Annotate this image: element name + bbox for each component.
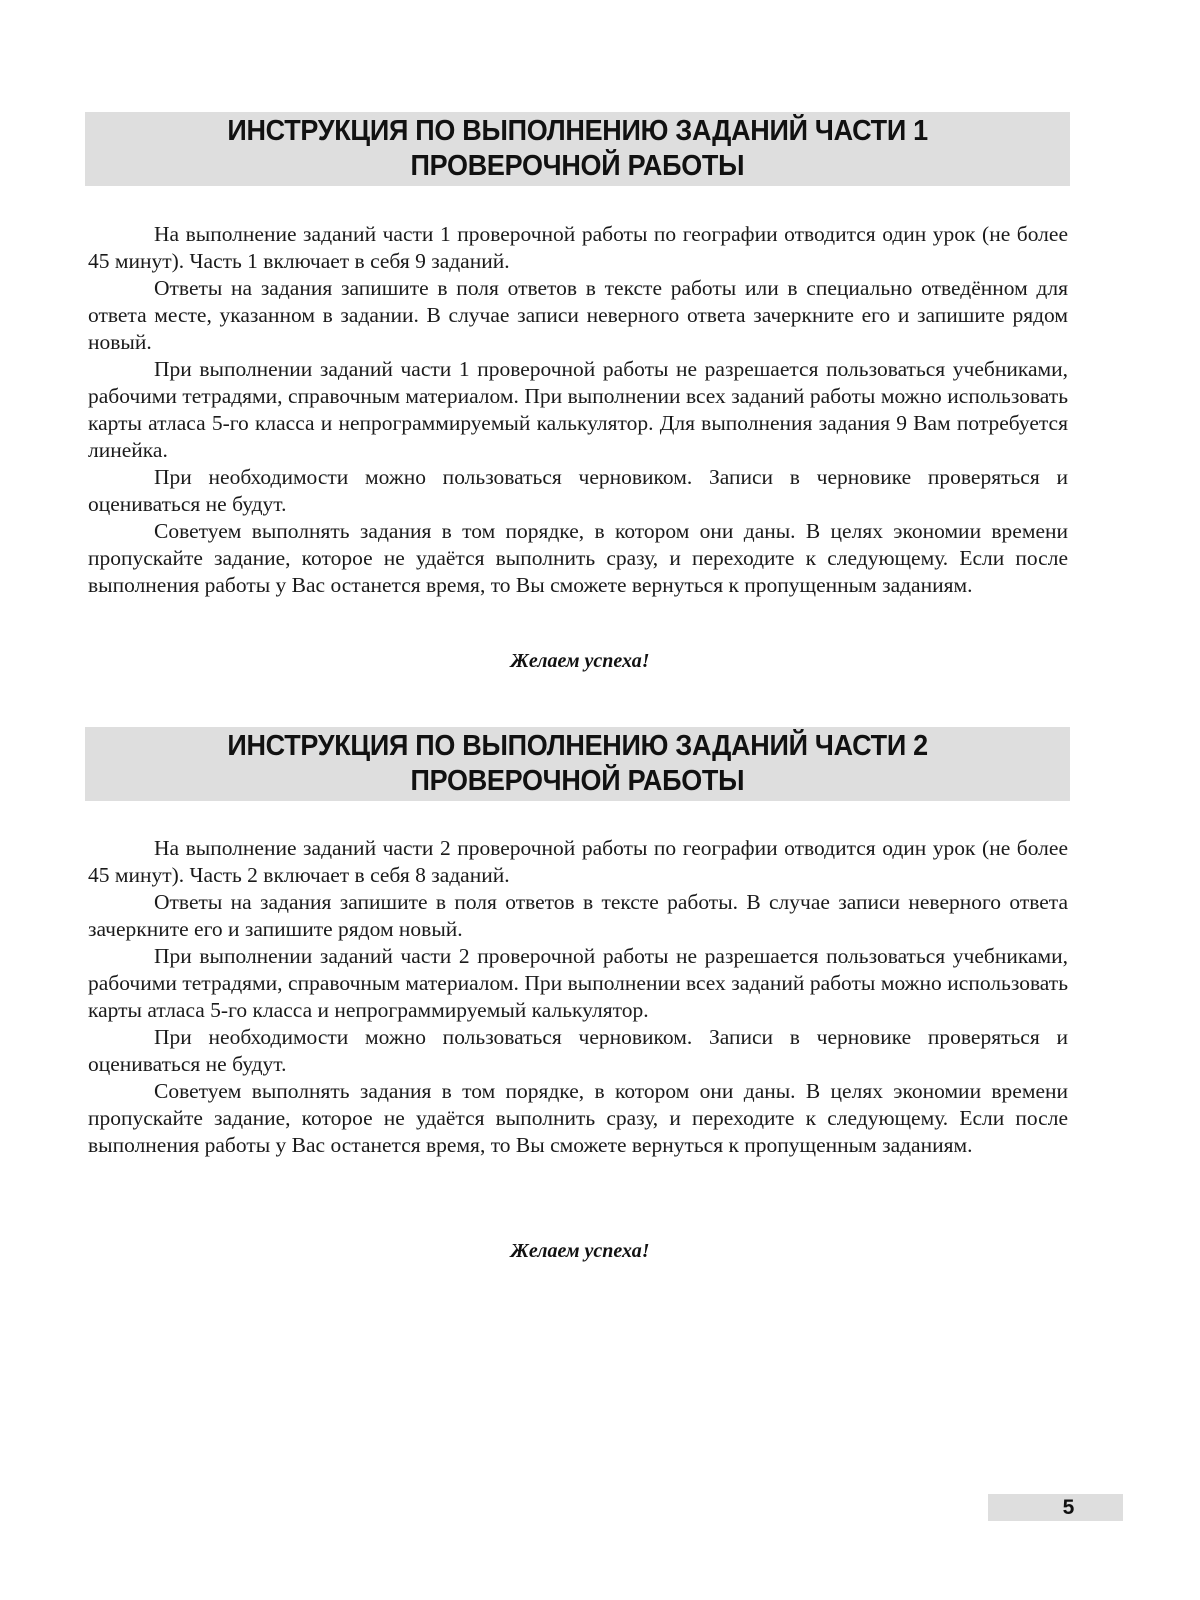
part1-title: ИНСТРУКЦИЯ ПО ВЫПОЛНЕНИЮ ЗАДАНИЙ ЧАСТИ 1… bbox=[85, 112, 1070, 186]
part1-title-line1: ИНСТРУКЦИЯ ПО ВЫПОЛНЕНИЮ ЗАДАНИЙ ЧАСТИ 1 bbox=[227, 114, 928, 149]
part1-paragraph-time: На выполнение заданий части 1 проверочно… bbox=[88, 221, 1068, 275]
part1-paragraph-advice: Советуем выполнять задания в том порядке… bbox=[88, 518, 1068, 599]
part1-paragraph-draft: При необходимости можно пользоваться чер… bbox=[88, 464, 1068, 518]
part2-title-line1: ИНСТРУКЦИЯ ПО ВЫПОЛНЕНИЮ ЗАДАНИЙ ЧАСТИ 2 bbox=[227, 729, 928, 764]
part1-title-line2: ПРОВЕРОЧНОЙ РАБОТЫ bbox=[411, 149, 745, 184]
part1-closing: Желаем успеха! bbox=[0, 650, 1160, 673]
part2-paragraph-materials: При выполнении заданий части 2 проверочн… bbox=[88, 943, 1068, 1024]
part2-paragraph-time: На выполнение заданий части 2 проверочно… bbox=[88, 835, 1068, 889]
part2-title: ИНСТРУКЦИЯ ПО ВЫПОЛНЕНИЮ ЗАДАНИЙ ЧАСТИ 2… bbox=[85, 727, 1070, 801]
part2-closing: Желаем успеха! bbox=[0, 1240, 1160, 1263]
page-number: 5 bbox=[1063, 1496, 1075, 1519]
part2-paragraph-answers: Ответы на задания запишите в поля ответо… bbox=[88, 889, 1068, 943]
part1-instructions: На выполнение заданий части 1 проверочно… bbox=[88, 221, 1068, 599]
part1-paragraph-answers: Ответы на задания запишите в поля ответо… bbox=[88, 275, 1068, 356]
part2-title-line2: ПРОВЕРОЧНОЙ РАБОТЫ bbox=[411, 764, 745, 799]
part2-paragraph-advice: Советуем выполнять задания в том порядке… bbox=[88, 1078, 1068, 1159]
part1-paragraph-materials: При выполнении заданий части 1 проверочн… bbox=[88, 356, 1068, 464]
part2-instructions: На выполнение заданий части 2 проверочно… bbox=[88, 835, 1068, 1159]
part2-paragraph-draft: При необходимости можно пользоваться чер… bbox=[88, 1024, 1068, 1078]
page-number-box: 5 bbox=[988, 1494, 1123, 1521]
